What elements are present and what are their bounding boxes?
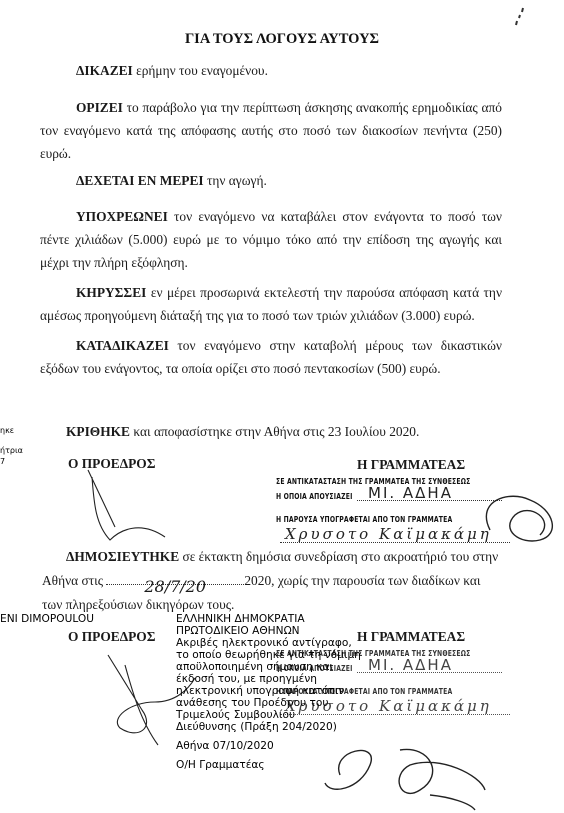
ruling-verb: ΚΗΡΥΣΣΕΙ: [76, 285, 146, 300]
published-line-3: των πληρεξούσιων δικηγόρων τους.: [42, 596, 234, 614]
ruling-verb: ΔΙΚΑΖΕΙ: [76, 63, 133, 78]
ruling-verb: ΚΑΤΑΔΙΚΑΖΕΙ: [76, 338, 169, 353]
certification-block: ΕΛΛΗΝΙΚΗ ΔΗΜΟΚΡΑΤΙΑ ΠΡΩΤΟΔΙΚΕΙΟ ΑΘΗΝΩΝ Α…: [176, 613, 366, 771]
certification-line: το οποίο θεωρήθηκε για τη νόμιμη: [176, 649, 366, 661]
certification-court: ΠΡΩΤΟΔΙΚΕΙΟ ΑΘΗΝΩΝ: [176, 625, 366, 637]
decided-line: ΚΡΙΘΗΚΕ και αποφασίστηκε στην Αθήνα στις…: [66, 423, 419, 441]
ruling-verb: ΔΕΧΕΤΑΙ ΕΝ ΜΕΡΕΙ: [76, 173, 204, 188]
handwritten-date-field: 28/7/20: [106, 584, 244, 585]
published-line-1: ΔΗΜΟΣΙΕΥΤΗΚΕ σε έκτακτη δημόσια συνεδρία…: [66, 548, 498, 566]
left-fragment: 7: [0, 456, 5, 468]
certification-secretary: Ο/Η Γραμματέας: [176, 759, 366, 771]
published-text: Αθήνα στις: [42, 573, 106, 588]
handwritten-name: ΜΙ. ΑΔΗΑ: [368, 484, 453, 502]
signer-name: ENI DIMOPOULOU: [0, 613, 94, 625]
president-signature: [80, 465, 170, 545]
page-heading: ΓΙΑ ΤΟΥΣ ΛΟΓΟΥΣ ΑΥΤΟΥΣ: [0, 30, 564, 48]
published-text: 2020, χωρίς την παρουσία των διαδίκων κα…: [244, 573, 480, 588]
certification-line: αποϋλοποιημένη σήμανση και: [176, 661, 366, 673]
ruling-verb: ΥΠΟΧΡΕΩΝΕΙ: [76, 209, 168, 224]
certification-line: Τριμελούς Συμβουλίου: [176, 709, 366, 721]
decided-text: και αποφασίστηκε στην Αθήνα στις 23 Ιουλ…: [130, 424, 419, 439]
ruling-orizei: ΟΡΙΖΕΙ το παράβολο για την περίπτωση άσκ…: [40, 96, 502, 165]
certification-country: ΕΛΛΗΝΙΚΗ ΔΗΜΟΚΡΑΤΙΑ: [176, 613, 366, 625]
secretary-label: Η ΓΡΑΜΜΑΤΕΑΣ: [357, 456, 465, 474]
certification-line: έκδοσή του, με προηγμένη: [176, 673, 366, 685]
corner-mark-icon: [514, 6, 526, 28]
secretary-label-duplicate: Η ΓΡΑΜΜΑΤΕΑΣ: [357, 628, 465, 646]
ruling-dexetai: ΔΕΧΕΤΑΙ ΕΝ ΜΕΡΕΙ την αγωγή.: [40, 172, 502, 190]
ruling-text: ερήμην του εναγομένου.: [133, 63, 268, 78]
left-fragment: ηκε: [0, 425, 14, 437]
ruling-verb: ΟΡΙΖΕΙ: [76, 100, 123, 115]
published-verb: ΔΗΜΟΣΙΕΥΤΗΚΕ: [66, 549, 179, 564]
certification-line: ανάθεσης του Προέδρου του: [176, 697, 366, 709]
certification-date: Αθήνα 07/10/2020: [176, 740, 366, 752]
secretary-signature: [470, 490, 564, 550]
certification-line: Διεύθυνσης (Πράξη 204/2020): [176, 721, 366, 733]
handwritten-date: 28/7/20: [144, 578, 206, 596]
certification-line: Ακριβές ηλεκτρονικό αντίγραφο,: [176, 637, 366, 649]
certification-line: ηλεκτρονική υπογραφή κατόπιν: [176, 685, 366, 697]
stamp-line: Η ΠΑΡΟΥΣΑ ΥΠΟΓΡΑΦΕΤΑΙ ΑΠΟ ΤΟΝ ΓΡΑΜΜΑΤΕΑ: [276, 515, 452, 524]
decided-verb: ΚΡΙΘΗΚΕ: [66, 424, 130, 439]
published-line-2: Αθήνα στις 28/7/202020, χωρίς την παρουσ…: [42, 572, 481, 590]
published-text: σε έκτακτη δημόσια συνεδρίαση στο ακροατ…: [179, 549, 498, 564]
ruling-katadikazei: ΚΑΤΑΔΙΚΑΖΕΙ τον εναγόμενο στην καταβολή …: [40, 334, 502, 380]
handwritten-name: ΜΙ. ΑΔΗΑ: [368, 656, 453, 674]
ruling-text: την αγωγή.: [204, 173, 267, 188]
ruling-kiryssei: ΚΗΡΥΣΣΕΙ εν μέρει προσωρινά εκτελεστή τη…: [40, 281, 502, 327]
handwritten-name: Χρυσοτο Καϊμακάμη: [285, 525, 492, 543]
ruling-ypoxreonei: ΥΠΟΧΡΕΩΝΕΙ τον εναγόμενο να καταβάλει στ…: [40, 205, 502, 274]
stamp-line: Η ΟΠΟΙΑ ΑΠΟΥΣΙΑΖΕΙ: [276, 492, 353, 501]
ruling-dikazei: ΔΙΚΑΖΕΙ ερήμην του εναγομένου.: [40, 62, 502, 80]
